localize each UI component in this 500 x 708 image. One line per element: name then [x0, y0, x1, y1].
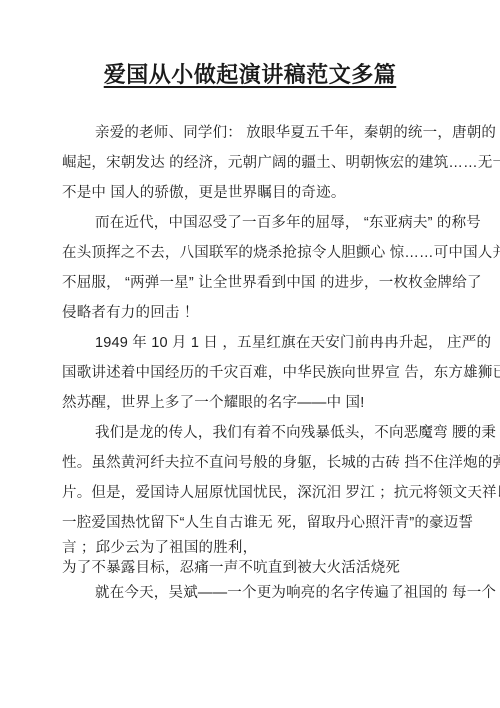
paragraph-line: 言 ；邱少云为了祖国的胜利，	[62, 538, 442, 558]
paragraph-line: 不是中 国人的骄傲，更是世界瞩目的奇迹。	[62, 178, 442, 208]
paragraph-line: 不屈服， “两弹一星” 让全世界看到中国 的进步，一枚枚金牌给了	[62, 268, 442, 298]
paragraph-line: 片。但是，爱国诗人屈原忧国忧民，深沉汨 罗江 ；抗元将领文天祥以	[62, 478, 442, 508]
paragraph-line: 亲爱的老师、同学们： 放眼华夏五千年，秦朝的统一，唐朝的	[62, 118, 442, 148]
page-title-text: 爱国从小做起演讲稿范文多篇	[104, 62, 397, 87]
paragraph-line: 崛起，宋朝发达 的经济，元朝广阔的疆土、明朝恢宏的建筑……无一	[62, 148, 442, 178]
paragraph-line: 就在今天，吴斌——一个更为响亮的名字传遍了祖国的 每一个	[62, 578, 442, 608]
paragraph-line: 1949 年 10 月 1 日 ，五星红旗在天安门前冉冉升起， 庄严的	[62, 328, 442, 358]
page-title: 爱国从小做起演讲稿范文多篇	[0, 0, 500, 88]
paragraph-line: 然苏醒，世界上多了一个耀眼的名字——中 国!	[62, 388, 442, 418]
document-body: 亲爱的老师、同学们： 放眼华夏五千年，秦朝的统一，唐朝的 崛起，宋朝发达 的经济…	[62, 118, 442, 608]
paragraph-line: 为了不暴露目标，忍痛一声不吭直到被大火活活烧死	[62, 558, 442, 578]
paragraph-line: 一腔爱国热忱留下“人生自古谁无 死，留取丹心照汗青”的豪迈誓	[62, 508, 442, 538]
paragraph-line: 而在近代，中国忍受了一百多年的屈辱， “东亚病夫” 的称号	[62, 208, 442, 238]
document-page: 爱国从小做起演讲稿范文多篇 亲爱的老师、同学们： 放眼华夏五千年，秦朝的统一，唐…	[0, 0, 500, 708]
paragraph-line: 我们是龙的传人，我们有着不向残暴低头，不向恶魔弯 腰的秉	[62, 418, 442, 448]
paragraph-line: 国歌讲述着中国经历的千灾百难，中华民族向世界宣 告，东方雄狮已	[62, 358, 442, 388]
paragraph-line: 在头顶挥之不去，八国联军的烧杀抢掠令人胆颤心 惊……可中国人并	[62, 238, 442, 268]
paragraph-line: 性。虽然黄河纤夫拉不直问号般的身躯，长城的古砖 挡不住洋炮的弹	[62, 448, 442, 478]
paragraph-line: 侵略者有力的回击 ！	[62, 298, 442, 328]
